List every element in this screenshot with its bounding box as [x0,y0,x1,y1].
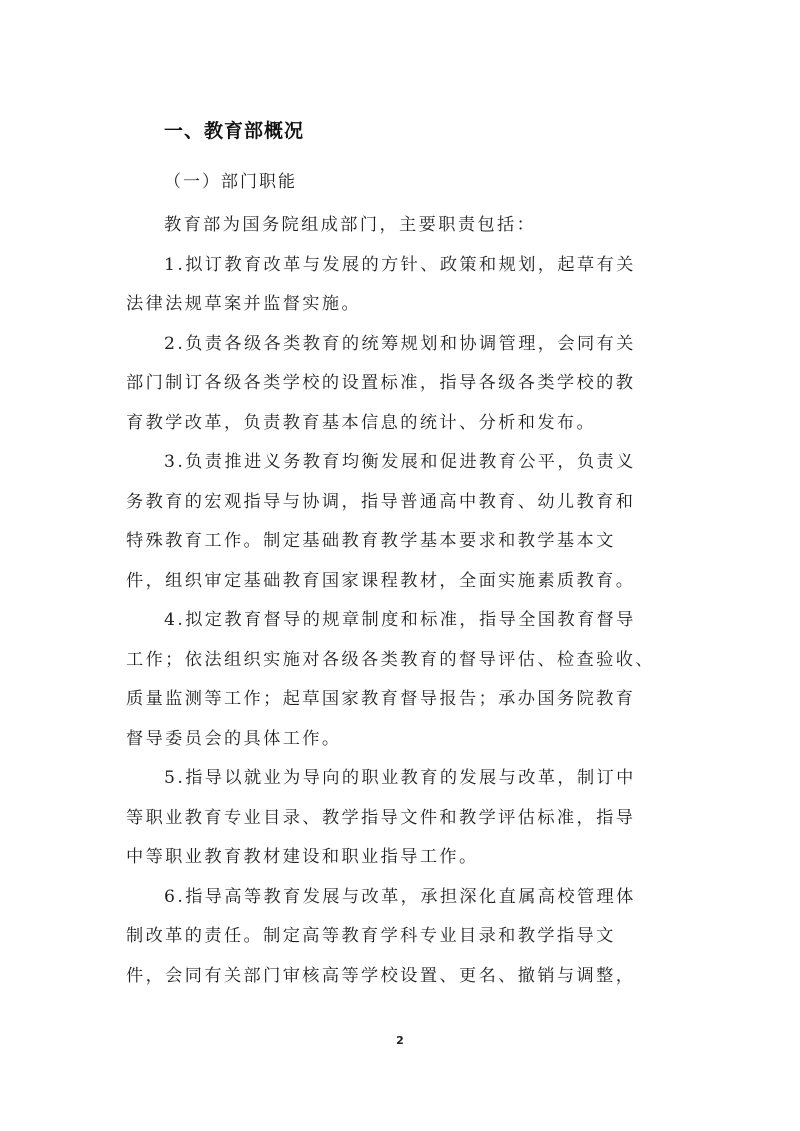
paragraph-line: 务教育的宏观指导与协调，指导普通高中教育、幼儿教育和 [126,483,678,523]
paragraph-line: 4.拟定教育督导的规章制度和标准，指导全国教育督导 [126,601,678,641]
paragraph-intro: 教育部为国务院组成部门，主要职责包括： [126,206,678,246]
paragraph-line: 质量监测等工作；起草国家教育督导报告；承办国务院教育 [126,680,678,720]
paragraph-line: 等职业教育专业目录、教学指导文件和教学评估标准，指导 [126,799,678,839]
paragraph-line: 部门制订各级各类学校的设置标准，指导各级各类学校的教 [126,364,678,404]
paragraph-line: 5.指导以就业为导向的职业教育的发展与改革，制订中 [126,759,678,799]
paragraph-line: 工作；依法组织实施对各级各类教育的督导评估、检查验收、 [126,641,678,681]
paragraph-duty-4: 4.拟定教育督导的规章制度和标准，指导全国教育督导 工作；依法组织实施对各级各类… [126,601,678,759]
document-body: 一、教育部概况 （一）部门职能 教育部为国务院组成部门，主要职责包括： 1.拟订… [126,116,678,996]
page-number: 2 [0,1034,800,1047]
paragraph-duty-1: 1.拟订教育改革与发展的方针、政策和规划，起草有关 法律法规草案并监督实施。 [126,246,678,325]
paragraph-line: 3.负责推进义务教育均衡发展和促进教育公平，负责义 [126,443,678,483]
subsection-title: （一）部门职能 [164,167,678,197]
paragraph-line: 制改革的责任。制定高等教育学科专业目录和教学指导文 [126,917,678,957]
document-page: 一、教育部概况 （一）部门职能 教育部为国务院组成部门，主要职责包括： 1.拟订… [0,0,800,1131]
paragraph-line: 特殊教育工作。制定基础教育教学基本要求和教学基本文 [126,522,678,562]
paragraph-line: 中等职业教育教材建设和职业指导工作。 [126,838,678,878]
paragraph-line: 1.拟订教育改革与发展的方针、政策和规划，起草有关 [126,246,678,286]
section-title: 一、教育部概况 [164,116,678,146]
paragraph-duty-3: 3.负责推进义务教育均衡发展和促进教育公平，负责义 务教育的宏观指导与协调，指导… [126,443,678,601]
paragraph-line: 件，组织审定基础教育国家课程教材，全面实施素质教育。 [126,562,678,602]
paragraph-line: 育教学改革，负责教育基本信息的统计、分析和发布。 [126,404,678,444]
paragraph-line: 督导委员会的具体工作。 [126,720,678,760]
paragraph-line: 教育部为国务院组成部门，主要职责包括： [126,206,678,246]
paragraph-duty-6: 6.指导高等教育发展与改革，承担深化直属高校管理体 制改革的责任。制定高等教育学… [126,878,678,997]
paragraph-duty-5: 5.指导以就业为导向的职业教育的发展与改革，制订中 等职业教育专业目录、教学指导… [126,759,678,878]
paragraph-line: 6.指导高等教育发展与改革，承担深化直属高校管理体 [126,878,678,918]
paragraph-line: 件，会同有关部门审核高等学校设置、更名、撤销与调整， [126,957,678,997]
paragraph-line: 2.负责各级各类教育的统筹规划和协调管理，会同有关 [126,325,678,365]
paragraph-duty-2: 2.负责各级各类教育的统筹规划和协调管理，会同有关 部门制订各级各类学校的设置标… [126,325,678,444]
paragraph-line: 法律法规草案并监督实施。 [126,285,678,325]
